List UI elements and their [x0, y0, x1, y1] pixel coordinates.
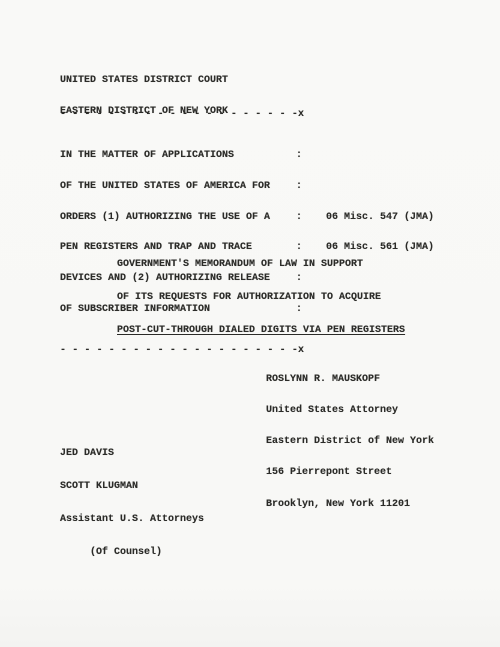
- caption-row: ORDERS (1) AUTHORIZING THE USE OF A : 06…: [60, 213, 440, 223]
- court-name-line: UNITED STATES DISTRICT COURT: [60, 76, 228, 86]
- caption-text: OF THE UNITED STATES OF AMERICA FOR: [60, 182, 270, 192]
- counsel-name: SCOTT KLUGMAN: [60, 481, 204, 492]
- attorney-street-address: 156 Pierrepont Street: [266, 468, 434, 478]
- caption-separator: :: [296, 151, 302, 161]
- of-counsel-block: JED DAVIS SCOTT KLUGMAN Assistant U.S. A…: [60, 426, 204, 580]
- us-attorney-signature-block: ROSLYNN R. MAUSKOPF United States Attorn…: [266, 354, 434, 531]
- document-page: UNITED STATES DISTRICT COURT EASTERN DIS…: [0, 0, 500, 647]
- attorney-title: United States Attorney: [266, 406, 434, 416]
- counsel-title: Assistant U.S. Attorneys: [60, 514, 204, 525]
- caption-row: IN THE MATTER OF APPLICATIONS :: [60, 151, 440, 161]
- memorandum-title-line: GOVERNMENT'S MEMORANDUM OF LAW IN SUPPOR…: [117, 259, 405, 270]
- attorney-city-address: Brooklyn, New York 11201: [266, 500, 434, 510]
- docket-number: 06 Misc. 547 (JMA): [326, 213, 434, 223]
- attorney-district: Eastern District of New York: [266, 437, 434, 447]
- caption-text: ORDERS (1) AUTHORIZING THE USE OF A: [60, 213, 270, 223]
- of-counsel-label: (Of Counsel): [60, 547, 204, 558]
- caption-separator: :: [296, 213, 302, 223]
- memorandum-title-line: OF ITS REQUESTS FOR AUTHORIZATION TO ACQ…: [117, 292, 405, 303]
- attorney-name: ROSLYNN R. MAUSKOPF: [266, 375, 434, 385]
- caption-text: IN THE MATTER OF APPLICATIONS: [60, 151, 234, 161]
- memorandum-title: GOVERNMENT'S MEMORANDUM OF LAW IN SUPPOR…: [117, 237, 405, 358]
- caption-row: OF THE UNITED STATES OF AMERICA FOR :: [60, 182, 440, 192]
- memorandum-title-line-underlined: POST-CUT-THROUGH DIALED DIGITS VIA PEN R…: [117, 325, 405, 336]
- counsel-name: JED DAVIS: [60, 448, 204, 459]
- caption-separator: :: [296, 182, 302, 192]
- caption-divider-top: - - - - - - - - - - - - - - - - - - - -x: [60, 110, 440, 120]
